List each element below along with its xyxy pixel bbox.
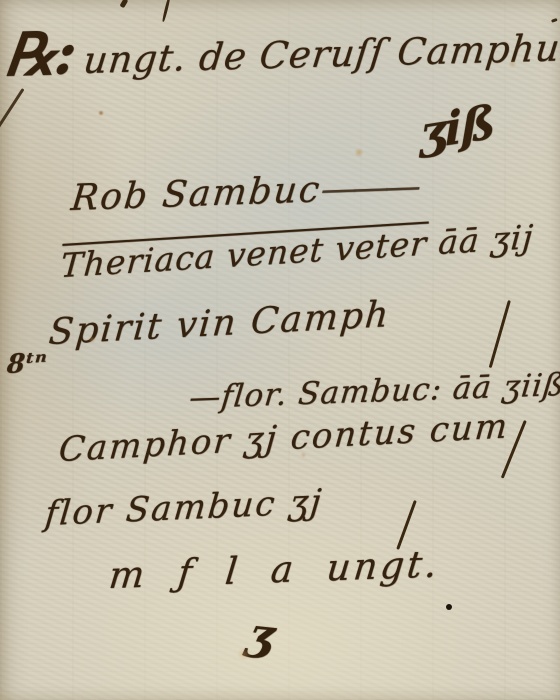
- ingredient-text: Theriaca venet veter: [59, 224, 428, 286]
- fox-spot: [508, 60, 517, 68]
- zij-descender-stroke: [489, 300, 511, 368]
- header-quantity: ʒiß: [416, 95, 499, 160]
- ingredient-theriaca: Theriaca venet veter āā ʒij: [60, 217, 535, 285]
- fox-spot: [354, 148, 364, 157]
- fox-spot: [98, 110, 104, 116]
- margin-note: 8ᵗⁿ: [6, 347, 48, 380]
- cutoff-ink-mark: [120, 0, 129, 8]
- ingredient-spirit-vin-camph: Spirit vin Camph: [48, 294, 391, 353]
- ingredient-text: —flor. Sambuc:: [187, 371, 444, 416]
- rx-descender-stroke: [0, 88, 24, 160]
- fox-spot: [236, 648, 252, 660]
- ingredient-text: Rob Sambuc: [69, 169, 323, 219]
- cutoff-descender-stroke: [162, 0, 171, 22]
- ingredient-rob-sambuc: Rob Sambuc———: [71, 166, 418, 219]
- trailing-dash: ———: [319, 166, 419, 211]
- fox-spot: [88, 336, 96, 343]
- ingredient-flor-sambuc-2: flor Sambuc ʒj: [44, 482, 324, 534]
- recipe-header-line: ℞:ungt. de Ceruſſ Camphur: [4, 11, 560, 84]
- fox-spot: [300, 452, 307, 458]
- ingredient-quantity: āā ʒiiß: [451, 367, 560, 407]
- manuscript-page: ℞:ungt. de Ceruſſ Camphur ʒiß Rob Sambuc…: [0, 0, 560, 700]
- ingredient-camphor: Camphor ʒj contus cum: [58, 406, 510, 470]
- header-text: ungt. de Ceruſſ Camphur: [81, 26, 560, 82]
- prescription-take-symbol: ℞:: [1, 19, 78, 89]
- subscription-line: m ƒ l a ungt.: [108, 542, 440, 597]
- ingredient-quantity: āā ʒij: [437, 217, 535, 262]
- ink-blot-dot: [446, 604, 452, 610]
